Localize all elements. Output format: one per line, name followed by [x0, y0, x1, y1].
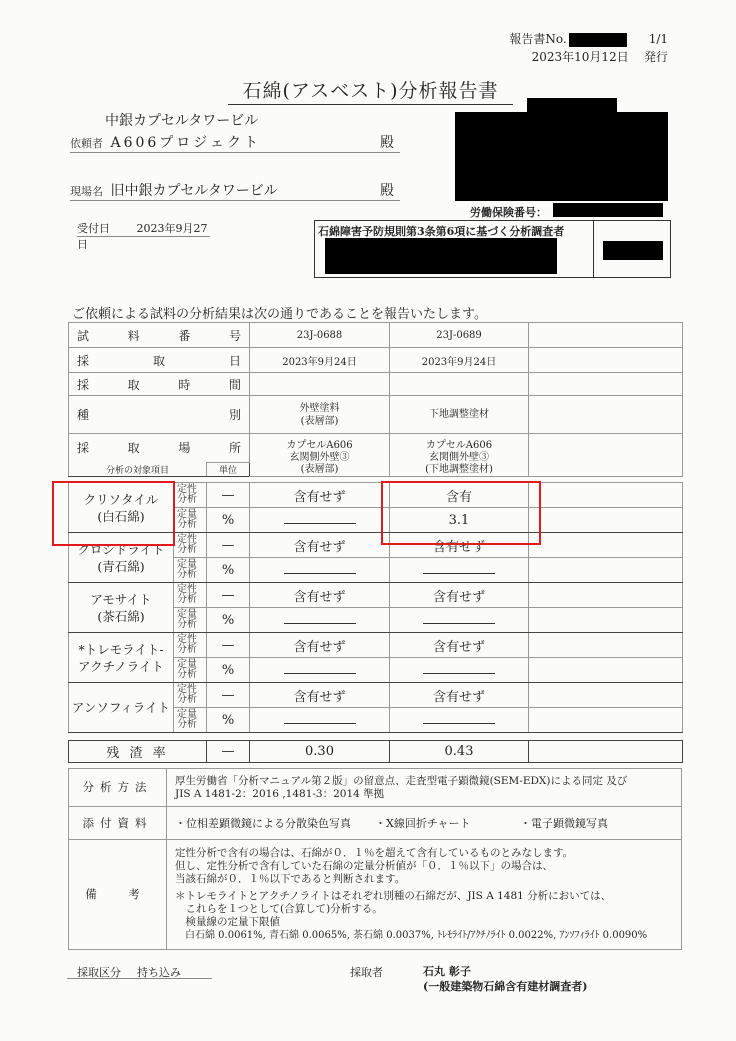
page-number: 1/1	[649, 32, 668, 46]
collector-name: 石丸 彰子	[423, 964, 587, 979]
residue-sample-2: 0.43	[390, 741, 529, 763]
residue-label: 残 渣 率	[69, 741, 207, 763]
qual-result-sample-2: 含有せず	[390, 533, 529, 558]
insurance-label: 労働保険番号：	[470, 204, 547, 220]
not-applicable-line	[284, 515, 356, 524]
not-applicable-line	[423, 565, 495, 574]
sample-3-date	[529, 348, 683, 373]
label-place: 採取場所	[69, 439, 249, 456]
issue-date-row: 2023年10月12日 発行	[509, 48, 668, 66]
mineral-name: アモサイト(茶石綿)	[69, 583, 174, 633]
not-applicable-line	[423, 715, 495, 724]
document-title: 石綿(アスベスト)分析報告書	[228, 76, 513, 105]
notes-table: 分析方法 厚生労働省「分析マニュアル第２版」の留意点、走査型電子顕微鏡(SEM-…	[68, 768, 682, 950]
not-applicable-line	[284, 665, 356, 674]
client-field: 依頼者 A606プロジェクト 殿	[70, 132, 400, 153]
row-time: 採取時間	[69, 373, 683, 396]
mineral-row-qualitative: クリソタイル(白石綿)定性分析—含有せず含有	[69, 483, 683, 508]
site-honorific: 殿	[380, 180, 394, 200]
quant-unit: %	[207, 708, 250, 733]
site-field: 現場名 旧中銀カプセルタワービル 殿	[70, 180, 400, 201]
attachment-1: ・位相差顕微鏡による分散染色写真	[175, 817, 375, 830]
row-attachments: 添付資料 ・位相差顕微鏡による分散染色写真・X線回折チャート・電子顕微鏡写真	[69, 807, 682, 840]
analyst-box: 石綿障害予防規則第3条第6項に基づく分析調査者	[314, 220, 671, 278]
redacted-insurance-number	[553, 203, 663, 217]
qual-unit: —	[207, 683, 250, 708]
qual-result-sample-1: 含有せず	[250, 633, 390, 658]
row-place: 採取場所 カプセルA606玄関側外壁③(表層部) カプセルA606玄関側外壁③(…	[69, 434, 683, 463]
qual-result-sample-1: 含有せず	[250, 583, 390, 608]
qual-result-sample-3	[529, 583, 683, 608]
report-no-redacted	[569, 33, 627, 47]
row-date: 採取日 2023年9月24日 2023年9月24日	[69, 348, 683, 373]
report-number-row: 報告書No.1/1	[509, 30, 668, 48]
quant-result-sample-2	[390, 608, 529, 633]
qual-result-sample-1: 含有せず	[250, 683, 390, 708]
quant-result-sample-3	[529, 508, 683, 533]
analyst-label: 石綿障害予防規則第3条第6項に基づく分析調査者	[318, 223, 564, 239]
attachments-list: ・位相差顕微鏡による分散染色写真・X線回折チャート・電子顕微鏡写真	[167, 807, 682, 840]
remarks-text: 定性分析で含有の場合は、石綿が０．１％を超えて含有しているものとみなします。 但…	[167, 840, 682, 950]
client-name: A606プロジェクト	[110, 135, 261, 151]
analyst-box-divider	[593, 221, 594, 277]
issue-label: 発行	[644, 50, 668, 64]
qual-result-sample-3	[529, 633, 683, 658]
qual-result-sample-3	[529, 683, 683, 708]
not-applicable-line	[284, 565, 356, 574]
quant-result-sample-1	[250, 608, 390, 633]
attachments-label: 添付資料	[69, 807, 167, 840]
qual-result-sample-2: 含有	[390, 483, 529, 508]
qual-unit: —	[207, 633, 250, 658]
results-table: 試料番号 23J-0688 23J-0689 採取日 2023年9月24日 20…	[68, 322, 683, 477]
qual-label: 定性分析	[174, 583, 207, 608]
qual-unit: —	[207, 533, 250, 558]
not-applicable-line	[284, 715, 356, 724]
mineral-name: アンソフィライト	[69, 683, 174, 733]
quant-result-sample-1	[250, 658, 390, 683]
quant-label: 定量分析	[174, 508, 207, 533]
qual-result-sample-1: 含有せず	[250, 533, 390, 558]
client-honorific: 殿	[380, 132, 394, 152]
quant-result-sample-2	[390, 558, 529, 583]
sample-2-place: カプセルA606玄関側外壁③(下地調整塗材)	[390, 434, 529, 477]
quant-unit: %	[207, 508, 250, 533]
received-field: 受付日 2023年9月27日	[77, 220, 210, 237]
row-residue: 残 渣 率 — 0.30 0.43	[69, 741, 683, 763]
redacted-analyst-name	[325, 238, 557, 274]
quant-unit: %	[207, 558, 250, 583]
method-label: 分析方法	[69, 769, 167, 807]
sample-2-date: 2023年9月24日	[390, 348, 529, 373]
mineral-name: クリソタイル(白石綿)	[69, 483, 174, 533]
qual-result-sample-3	[529, 533, 683, 558]
collector-label: 採取者	[350, 964, 383, 980]
site-label: 現場名	[70, 183, 106, 199]
row-remarks: 備 考 定性分析で含有の場合は、石綿が０．１％を超えて含有しているものとみなしま…	[69, 840, 682, 950]
quant-result-sample-1	[250, 508, 390, 533]
quant-label: 定量分析	[174, 658, 207, 683]
label-type: 種別	[69, 406, 249, 423]
quant-label: 定量分析	[174, 558, 207, 583]
quant-label: 定量分析	[174, 708, 207, 733]
mineral-results-table: クリソタイル(白石綿)定性分析—含有せず含有定量分析%3.1クロシドライト(青石…	[68, 482, 683, 733]
sample-1-time	[250, 373, 390, 396]
attachment-2: ・X線回折チャート	[375, 817, 520, 830]
not-applicable-line	[423, 615, 495, 624]
not-applicable-line	[284, 615, 356, 624]
row-method: 分析方法 厚生労働省「分析マニュアル第２版」の留意点、走査型電子顕微鏡(SEM-…	[69, 769, 682, 807]
qual-unit: —	[207, 583, 250, 608]
row-type: 種別 外壁塗料(表層部) 下地調整塗材	[69, 396, 683, 434]
quant-result-sample-2	[390, 658, 529, 683]
quant-label: 定量分析	[174, 608, 207, 633]
qual-result-sample-2: 含有せず	[390, 683, 529, 708]
quant-result-sample-2	[390, 708, 529, 733]
label-date: 採取日	[69, 352, 249, 369]
residue-sample-3	[529, 741, 683, 763]
label-unit: 単位	[207, 462, 250, 476]
mineral-row-qualitative: アンソフィライト定性分析—含有せず含有せず	[69, 683, 683, 708]
quant-result-sample-3	[529, 608, 683, 633]
intro-text: ご依頼による試料の分析結果は次の通りであることを報告いたします。	[72, 303, 487, 322]
site-name: 旧中銀カプセルタワービル	[110, 183, 277, 199]
sample-2-type: 下地調整塗材	[390, 396, 529, 434]
quant-result-sample-3	[529, 708, 683, 733]
qual-result-sample-1: 含有せず	[250, 483, 390, 508]
mineral-name: *トレモライト-アクチノライト	[69, 633, 174, 683]
redacted-company-block	[455, 112, 668, 201]
sampling-underline	[67, 978, 212, 979]
attachment-3: ・電子顕微鏡写真	[520, 817, 608, 830]
mineral-row-qualitative: アモサイト(茶石綿)定性分析—含有せず含有せず	[69, 583, 683, 608]
client-building: 中銀カプセルタワービル	[105, 110, 258, 130]
row-sample-no: 試料番号 23J-0688 23J-0689	[69, 323, 683, 348]
label-target-items: 分析の対象項目	[69, 462, 207, 476]
not-applicable-line	[423, 665, 495, 674]
sample-1-no: 23J-0688	[250, 323, 390, 348]
collector-info: 石丸 彰子 (一般建築物石綿含有建材調査者)	[423, 964, 587, 994]
residue-sample-1: 0.30	[250, 741, 390, 763]
quant-result-sample-2: 3.1	[390, 508, 529, 533]
sample-2-time	[390, 373, 529, 396]
label-time: 採取時間	[69, 376, 249, 393]
issue-date: 2023年10月12日	[532, 50, 629, 64]
label-sample-no: 試料番号	[69, 327, 249, 344]
qual-label: 定性分析	[174, 483, 207, 508]
qual-result-sample-2: 含有せず	[390, 583, 529, 608]
sample-3-place	[529, 434, 683, 477]
qual-label: 定性分析	[174, 633, 207, 658]
method-text: 厚生労働省「分析マニュアル第２版」の留意点、走査型電子顕微鏡(SEM-EDX)に…	[167, 769, 682, 807]
report-no-label: 報告書No.	[509, 32, 566, 46]
mineral-row-qualitative: クロシドライト(青石綿)定性分析—含有せず含有せず	[69, 533, 683, 558]
qual-unit: —	[207, 483, 250, 508]
sample-2-no: 23J-0689	[390, 323, 529, 348]
collector-title: (一般建築物石綿含有建材調査者)	[423, 979, 587, 994]
sample-1-type: 外壁塗料(表層部)	[250, 396, 390, 434]
redacted-seal	[603, 241, 663, 260]
mineral-row-qualitative: *トレモライト-アクチノライト定性分析—含有せず含有せず	[69, 633, 683, 658]
remarks-label: 備 考	[69, 840, 167, 950]
sample-3-time	[529, 373, 683, 396]
qual-label: 定性分析	[174, 533, 207, 558]
residue-table: 残 渣 率 — 0.30 0.43	[68, 740, 683, 763]
sample-1-place: カプセルA606玄関側外壁③(表層部)	[250, 434, 390, 477]
quant-result-sample-3	[529, 658, 683, 683]
mineral-name: クロシドライト(青石綿)	[69, 533, 174, 583]
sample-1-date: 2023年9月24日	[250, 348, 390, 373]
qual-result-sample-2: 含有せず	[390, 633, 529, 658]
residue-unit: —	[207, 741, 250, 763]
sample-3-no	[529, 323, 683, 348]
qual-label: 定性分析	[174, 683, 207, 708]
client-label: 依頼者	[70, 135, 106, 151]
received-label: 受付日	[77, 220, 133, 236]
quant-unit: %	[207, 608, 250, 633]
quant-result-sample-3	[529, 558, 683, 583]
quant-unit: %	[207, 658, 250, 683]
qual-result-sample-3	[529, 483, 683, 508]
sample-3-type	[529, 396, 683, 434]
report-header: 報告書No.1/1 2023年10月12日 発行	[509, 30, 668, 66]
quant-result-sample-1	[250, 558, 390, 583]
quant-result-sample-1	[250, 708, 390, 733]
